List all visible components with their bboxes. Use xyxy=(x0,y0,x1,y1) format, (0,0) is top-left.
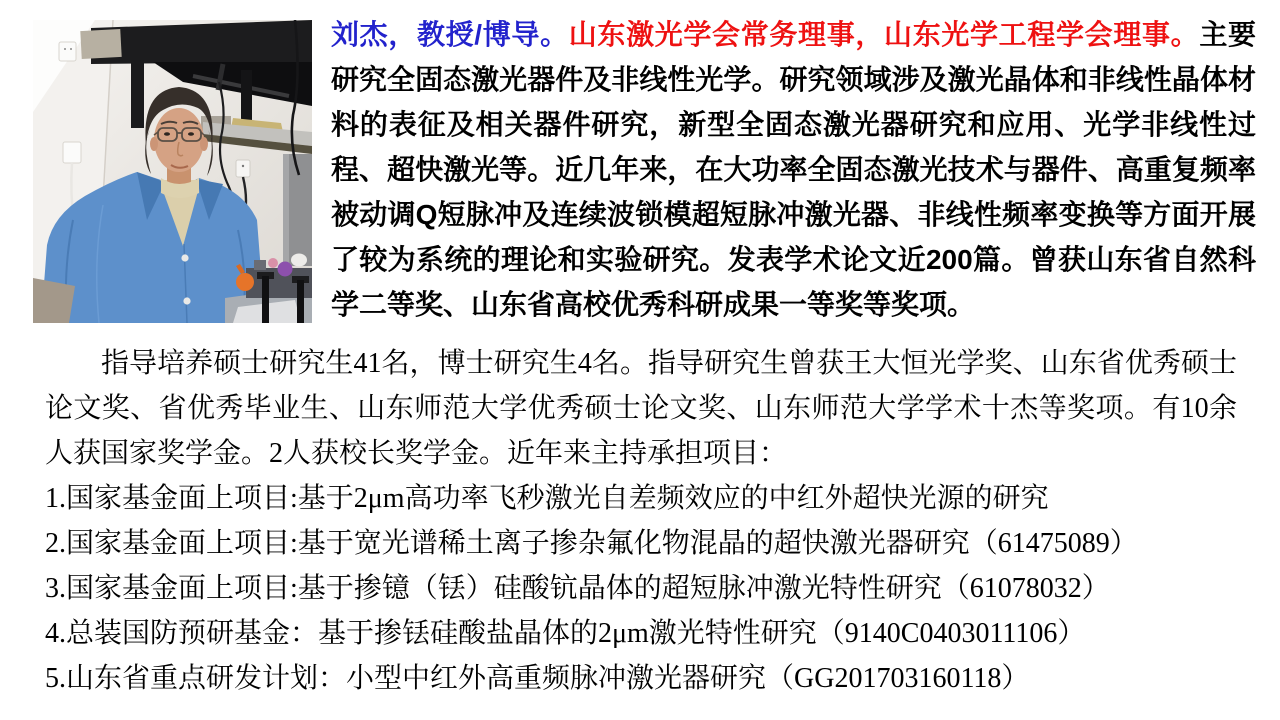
professor-lab-photo xyxy=(33,20,312,323)
project-item-5: 5.山东省重点研发计划：小型中红外高重频脉冲激光器研究（GG2017031601… xyxy=(45,656,1237,701)
society-roles: 山东激光学会常务理事，山东光学工程学会理事。 xyxy=(569,19,1200,50)
achievements-section: 指导培养硕士研究生41名，博士研究生4名。指导研究生曾获王大恒光学奖、山东省优秀… xyxy=(45,341,1237,701)
project-item-4: 4.总装国防预研基金：基于掺铥硅酸盐晶体的2μm激光特性研究（9140C0403… xyxy=(45,611,1237,656)
project-item-1: 1.国家基金面上项目:基于2μm高功率飞秒激光自差频效应的中红外超快光源的研究 xyxy=(45,476,1237,521)
project-item-3: 3.国家基金面上项目:基于掺镱（铥）硅酸钪晶体的超短脉冲激光特性研究（61078… xyxy=(45,566,1237,611)
intro-paragraph: 刘杰，教授/博导。山东激光学会常务理事，山东光学工程学会理事。主要研究全固态激光… xyxy=(331,12,1256,327)
research-summary: 主要研究全固态激光器件及非线性光学。研究领域涉及激光晶体和非线性晶体材料的表征及… xyxy=(331,19,1256,320)
projects-list: 1.国家基金面上项目:基于2μm高功率飞秒激光自差频效应的中红外超快光源的研究 … xyxy=(45,476,1237,701)
faculty-profile-slide: 刘杰，教授/博导。山东激光学会常务理事，山东光学工程学会理事。主要研究全固态激光… xyxy=(0,0,1280,720)
students-awards-paragraph: 指导培养硕士研究生41名，博士研究生4名。指导研究生曾获王大恒光学奖、山东省优秀… xyxy=(45,341,1237,476)
professor-name-title: 刘杰，教授/博导。 xyxy=(331,19,569,50)
project-item-2: 2.国家基金面上项目:基于宽光谱稀土离子掺杂氟化物混晶的超快激光器研究（6147… xyxy=(45,521,1237,566)
